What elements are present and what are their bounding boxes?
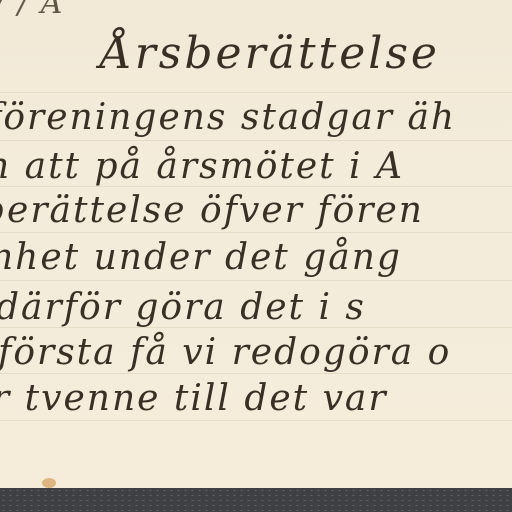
handwritten-line: föreningens stadgar äh [0,97,456,138]
paper-stain [42,478,56,488]
handwritten-line: första få vi redogöra o [0,332,451,373]
manuscript-page: / / Å Årsberättelse föreningens stadgar … [0,0,512,488]
top-fragment-text: / / Å [0,0,65,21]
ruling-line [0,280,512,281]
handwritten-line: nhet under det gång [0,237,402,278]
document-title: Årsberättelse [100,28,440,79]
ruling-line [0,232,512,233]
ruling-line [0,140,512,141]
ruling-line [0,420,512,421]
handwritten-line: berättelse öfver fören [0,190,424,231]
ruling-line [0,373,512,374]
handwritten-line: därför göra det i s [0,287,366,328]
handwritten-line: n att på årsmötet i A [0,146,404,187]
dark-backing-board [0,488,512,512]
ruling-line [0,92,512,93]
handwritten-line: r tvenne till det var [0,378,388,419]
